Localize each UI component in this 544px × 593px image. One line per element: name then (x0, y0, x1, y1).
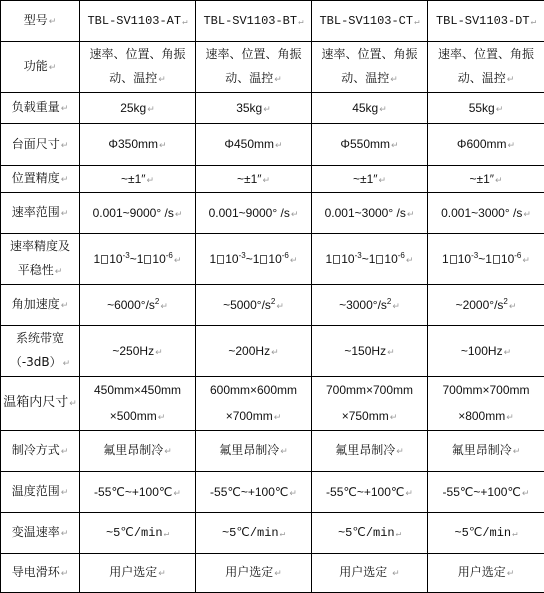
table-cell: 110-3~110-6↵ (80, 234, 196, 285)
table-cell: 氟里昂制冷↵ (428, 431, 544, 472)
table-cell: ~5000°/s2↵ (196, 285, 312, 326)
header-cell-model: 型号↵ (1, 1, 80, 42)
table-cell: ~±1″↵ (428, 166, 544, 193)
row-label: 制冷方式↵ (1, 431, 80, 472)
missing-glyph-box (260, 255, 267, 264)
table-cell: ~100Hz↵ (428, 326, 544, 377)
table-cell: ~5℃/min↵ (80, 513, 196, 554)
table-cell: Φ600mm↵ (428, 124, 544, 166)
table-cell: 0.001~3000° /s↵ (428, 193, 544, 234)
row-label: 速率精度及平稳性↵ (1, 234, 80, 285)
row-label: 变温速率↵ (1, 513, 80, 554)
missing-glyph-box (144, 255, 151, 264)
table-row-position-accuracy: 位置精度↵ ~±1″↵ ~±1″↵ ~±1″↵ ~±1″↵ (1, 166, 544, 193)
table-cell: 速率、位置、角振动、温控↵ (428, 42, 544, 93)
table-cell: -55℃~+100℃↵ (312, 472, 428, 513)
table-cell: 速率、位置、角振动、温控↵ (80, 42, 196, 93)
table-cell: Φ350mm↵ (80, 124, 196, 166)
table-cell: ~±1″↵ (312, 166, 428, 193)
row-label: 负载重量↵ (1, 93, 80, 124)
table-cell: 45kg↵ (312, 93, 428, 124)
table-cell: 氟里昂制冷↵ (312, 431, 428, 472)
header-cell-model-dt: TBL-SV1103-DT↵ (428, 1, 544, 42)
table-cell: Φ550mm↵ (312, 124, 428, 166)
table-cell: 110-3~110-6↵ (196, 234, 312, 285)
row-label: 位置精度↵ (1, 166, 80, 193)
table-cell: 0.001~9000° /s↵ (196, 193, 312, 234)
table-cell: 速率、位置、角振动、温控↵ (196, 42, 312, 93)
table-row-load-weight: 负载重量↵ 25kg↵ 35kg↵ 45kg↵ 55kg↵ (1, 93, 544, 124)
table-row-rate-precision: 速率精度及平稳性↵ 110-3~110-6↵ 110-3~110-6↵ 110-… (1, 234, 544, 285)
row-label: 速率范围↵ (1, 193, 80, 234)
table-cell: 氟里昂制冷↵ (196, 431, 312, 472)
table-cell: 氟里昂制冷↵ (80, 431, 196, 472)
table-row-function: 功能↵ 速率、位置、角振动、温控↵ 速率、位置、角振动、温控↵ 速率、位置、角振… (1, 42, 544, 93)
row-label: 温度范围↵ (1, 472, 80, 513)
table-cell: ~150Hz↵ (312, 326, 428, 377)
table-row-table-size: 台面尺寸↵ Φ350mm↵ Φ450mm↵ Φ550mm↵ Φ600mm↵ (1, 124, 544, 166)
table-cell: 700mm×700mm×750mm↵ (312, 377, 428, 431)
table-cell: 110-3~110-6↵ (428, 234, 544, 285)
table-cell: 用户选定↵ (80, 554, 196, 593)
table-cell: ~±1″↵ (80, 166, 196, 193)
header-cell-model-bt: TBL-SV1103-BT↵ (196, 1, 312, 42)
table-cell: ~5℃/min↵ (196, 513, 312, 554)
table-cell: 用户选定 ↵ (312, 554, 428, 593)
missing-glyph-box (333, 255, 340, 264)
table-row-chamber-size: 温箱内尺寸↵ 450mm×450mm×500mm↵ 600mm×600mm×70… (1, 377, 544, 431)
table-cell: 35kg↵ (196, 93, 312, 124)
table-cell: ~250Hz↵ (80, 326, 196, 377)
missing-glyph-box (450, 255, 457, 264)
row-label: 系统带宽（-3dB）↵ (1, 326, 80, 377)
table-cell: -55℃~+100℃↵ (80, 472, 196, 513)
table-cell: ~200Hz↵ (196, 326, 312, 377)
missing-glyph-box (101, 255, 108, 264)
table-row-cooling-method: 制冷方式↵ 氟里昂制冷↵ 氟里昂制冷↵ 氟里昂制冷↵ 氟里昂制冷↵ (1, 431, 544, 472)
table-row-temperature-range: 温度范围↵ -55℃~+100℃↵ -55℃~+100℃↵ -55℃~+100℃… (1, 472, 544, 513)
table-row-temperature-change-rate: 变温速率↵ ~5℃/min↵ ~5℃/min↵ ~5℃/min↵ ~5℃/min… (1, 513, 544, 554)
header-row: 型号↵ TBL-SV1103-AT↵ TBL-SV1103-BT↵ TBL-SV… (1, 1, 544, 42)
table-cell: 55kg↵ (428, 93, 544, 124)
table-cell: 700mm×700mm×800mm↵ (428, 377, 544, 431)
row-label: 功能↵ (1, 42, 80, 93)
table-cell: ~±1″↵ (196, 166, 312, 193)
table-cell: ~5℃/min↵ (428, 513, 544, 554)
header-cell-model-ct: TBL-SV1103-CT↵ (312, 1, 428, 42)
table-cell: -55℃~+100℃↵ (196, 472, 312, 513)
table-row-rate-range: 速率范围↵ 0.001~9000° /s↵ 0.001~9000° /s↵ 0.… (1, 193, 544, 234)
table-cell: 速率、位置、角振动、温控↵ (312, 42, 428, 93)
table-cell: 25kg↵ (80, 93, 196, 124)
table-cell: 450mm×450mm×500mm↵ (80, 377, 196, 431)
table-cell: ~3000°/s2↵ (312, 285, 428, 326)
table-cell: 用户选定↵ (196, 554, 312, 593)
table-cell: ~2000°/s2↵ (428, 285, 544, 326)
row-label: 台面尺寸↵ (1, 124, 80, 166)
table-cell: 0.001~3000° /s↵ (312, 193, 428, 234)
table-cell: 600mm×600mm×700mm↵ (196, 377, 312, 431)
table-row-system-bandwidth: 系统带宽（-3dB）↵ ~250Hz↵ ~200Hz↵ ~150Hz↵ ~100… (1, 326, 544, 377)
header-cell-model-at: TBL-SV1103-AT↵ (80, 1, 196, 42)
missing-glyph-box (376, 255, 383, 264)
table-cell: Φ450mm↵ (196, 124, 312, 166)
row-label: 角加速度↵ (1, 285, 80, 326)
spec-table: 型号↵ TBL-SV1103-AT↵ TBL-SV1103-BT↵ TBL-SV… (0, 0, 544, 593)
table-row-slip-ring: 导电滑环↵ 用户选定↵ 用户选定↵ 用户选定 ↵ 用户选定↵ (1, 554, 544, 593)
table-cell: ~5℃/min↵ (312, 513, 428, 554)
row-label: 温箱内尺寸↵ (1, 377, 80, 431)
missing-glyph-box (493, 255, 500, 264)
table-cell: ~6000°/s2↵ (80, 285, 196, 326)
table-row-angular-acceleration: 角加速度↵ ~6000°/s2↵ ~5000°/s2↵ ~3000°/s2↵ ~… (1, 285, 544, 326)
missing-glyph-box (217, 255, 224, 264)
table-cell: 110-3~110-6↵ (312, 234, 428, 285)
table-cell: 用户选定↵ (428, 554, 544, 593)
table-cell: 0.001~9000° /s↵ (80, 193, 196, 234)
table-cell: -55℃~+100℃↵ (428, 472, 544, 513)
row-label: 导电滑环↵ (1, 554, 80, 593)
